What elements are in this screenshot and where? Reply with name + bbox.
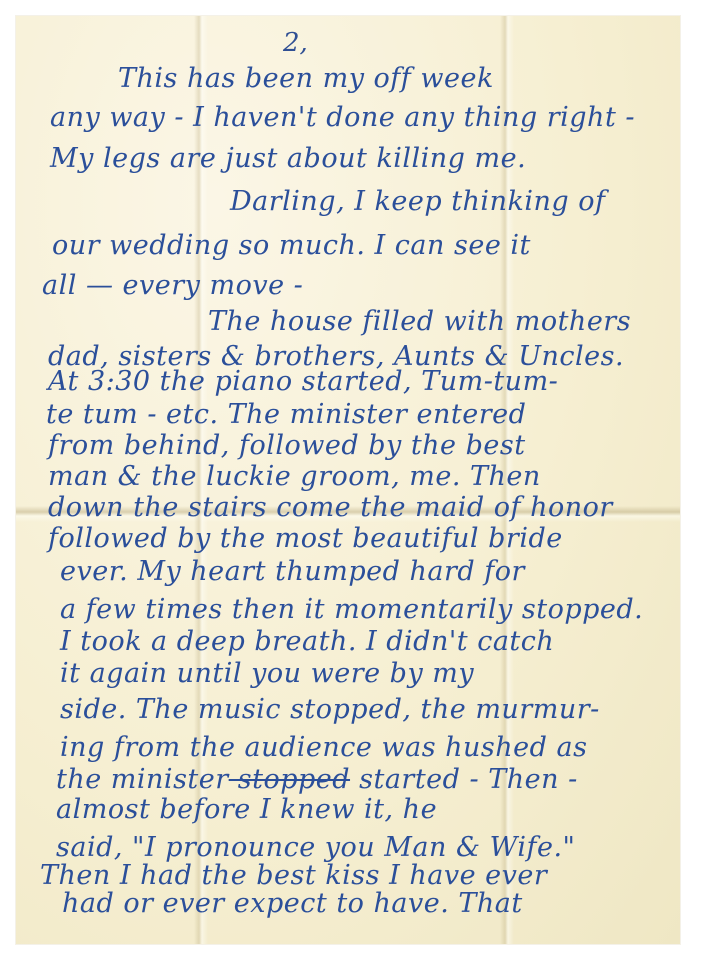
handwritten-line: had or ever expect to have. That [62, 890, 523, 917]
line-text: said, "I pronounce you Man & Wife." [56, 832, 575, 863]
line-text: had or ever expect to have. That [62, 888, 523, 919]
page-number: 2, [283, 28, 308, 58]
line-text: This has been my off week [118, 63, 494, 94]
handwritten-line: almost before I knew it, he [56, 796, 437, 823]
handwritten-line: side. The music stopped, the murmur- [60, 696, 600, 723]
line-text: ever. My heart thumped hard for [60, 556, 525, 587]
handwritten-line: Darling, I keep thinking of [230, 188, 605, 215]
line-text: followed by the most beautiful bride [48, 523, 563, 554]
handwritten-line: The house filled with mothers [208, 308, 631, 335]
line-text: down the stairs come the maid of honor [48, 492, 613, 523]
handwritten-line: man & the luckie groom, me. Then [48, 463, 541, 490]
line-text: any way - I haven't done any thing right… [50, 102, 635, 133]
handwritten-line: te tum - etc. The minister entered [46, 401, 526, 428]
handwritten-line: My legs are just about killing me. [50, 145, 526, 172]
handwritten-line: I took a deep breath. I didn't catch [60, 628, 554, 655]
handwritten-line: our wedding so much. I can see it [52, 232, 531, 259]
handwritten-line: any way - I haven't done any thing right… [50, 104, 635, 131]
struck-word: stopped [229, 764, 350, 795]
line-text: Then I had the best kiss I have ever [40, 860, 547, 891]
handwritten-line: Then I had the best kiss I have ever [40, 862, 547, 889]
line-text: our wedding so much. I can see it [52, 230, 531, 261]
handwritten-line: ever. My heart thumped hard for [60, 558, 525, 585]
line-text: The house filled with mothers [208, 306, 631, 337]
line-text: man & the luckie groom, me. Then [48, 461, 541, 492]
line-text: At 3:30 the piano started, Tum-tum- [48, 366, 558, 397]
handwritten-line: down the stairs come the maid of honor [48, 494, 613, 521]
line-text-continued: started - Then - [350, 764, 578, 795]
handwritten-line: ing from the audience was hushed as [60, 734, 587, 761]
line-text: te tum - etc. The minister entered [46, 399, 526, 430]
line-text: from behind, followed by the best [48, 430, 526, 461]
line-text: almost before I knew it, he [56, 794, 437, 825]
handwritten-line: At 3:30 the piano started, Tum-tum- [48, 368, 558, 395]
handwritten-line: the minister stopped started - Then - [56, 766, 578, 793]
line-text: Darling, I keep thinking of [230, 186, 605, 217]
handwritten-line: it again until you were by my [60, 660, 474, 687]
line-text: all — every move - [42, 270, 303, 301]
line-text: My legs are just about killing me. [50, 143, 526, 174]
handwritten-line: a few times then it momentarily stopped. [60, 596, 643, 623]
handwritten-line: all — every move - [42, 272, 303, 299]
handwritten-line: from behind, followed by the best [48, 432, 526, 459]
line-text: a few times then it momentarily stopped. [60, 594, 643, 625]
line-text: ing from the audience was hushed as [60, 732, 587, 763]
line-text: I took a deep breath. I didn't catch [60, 626, 554, 657]
handwritten-line: followed by the most beautiful bride [48, 525, 563, 552]
handwritten-line: This has been my off week [118, 65, 494, 92]
handwritten-line: said, "I pronounce you Man & Wife." [56, 834, 575, 861]
line-text: it again until you were by my [60, 658, 474, 689]
line-text: the minister [56, 764, 229, 795]
line-text: side. The music stopped, the murmur- [60, 694, 600, 725]
